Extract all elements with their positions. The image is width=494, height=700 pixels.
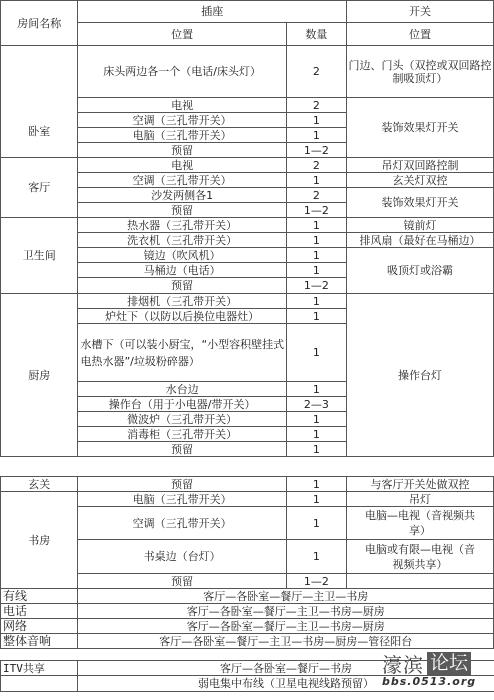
socket-position: 床头两边各一个（电话/床头灯） bbox=[78, 46, 286, 98]
socket-count: 1 bbox=[286, 540, 346, 574]
switch-position: 装饰效果灯开关 bbox=[347, 188, 494, 218]
socket-count: 2 bbox=[286, 158, 346, 173]
socket-count: 1 bbox=[286, 507, 346, 540]
header-room-name: 房间名称 bbox=[1, 1, 78, 46]
switch-position: 排风扇（最好在马桶边） bbox=[347, 233, 494, 248]
socket-count: 1 bbox=[286, 263, 346, 278]
header-switch: 开关 bbox=[347, 1, 494, 23]
watermark-url: bbs.0513.org bbox=[382, 675, 494, 688]
switch-position: 吊灯双回路控制 bbox=[347, 158, 494, 173]
socket-position: 书桌边（台灯） bbox=[78, 540, 286, 574]
watermark-name-b: 论坛 bbox=[427, 652, 471, 675]
socket-count: 1—2 bbox=[286, 278, 346, 294]
wiring-label: 电话 bbox=[1, 604, 78, 619]
room-study: 书房 bbox=[1, 492, 78, 589]
socket-position: 热水器（三孔带开关） bbox=[78, 218, 286, 233]
socket-count: 1 bbox=[286, 294, 346, 309]
wiring-label: 有线 bbox=[1, 589, 78, 604]
switch-position: 装饰效果灯开关 bbox=[347, 98, 494, 158]
extra-label: ITV共享 bbox=[1, 661, 78, 676]
socket-count: 2 bbox=[286, 188, 346, 203]
socket-position: 排烟机（三孔带开关） bbox=[78, 294, 286, 309]
socket-position: 炉灶下（以防以后换位电器灶） bbox=[78, 309, 286, 324]
socket-count: 1—2 bbox=[286, 574, 346, 589]
wiring-route: 客厅—各卧室—餐厅—主卫—书房—厨房 bbox=[78, 619, 494, 634]
extra-label bbox=[1, 676, 78, 692]
socket-position: 预留 bbox=[78, 203, 286, 218]
socket-position: 空调（三孔带开关） bbox=[78, 507, 286, 540]
switch-position bbox=[347, 574, 494, 589]
wiring-route: 客厅—各卧室—餐厅—主卫—书房 bbox=[78, 589, 494, 604]
socket-count: 1 bbox=[286, 427, 346, 442]
socket-position: 空调（三孔带开关） bbox=[78, 173, 286, 188]
forum-watermark: 濠滨 论坛 bbs.0513.org bbox=[382, 651, 494, 697]
entry-study-table: 玄关 预留 1 与客厅开关处做双控 书房 电脑（三孔带开关） 1 吊灯 空调（三… bbox=[0, 476, 494, 649]
socket-count: 1 bbox=[286, 218, 346, 233]
socket-count: 1 bbox=[286, 492, 346, 507]
socket-count: 1 bbox=[286, 324, 346, 382]
room-entry: 玄关 bbox=[1, 477, 78, 492]
room-kitchen: 厨房 bbox=[1, 294, 78, 457]
socket-count: 1 bbox=[286, 128, 346, 143]
switch-position: 电脑或有限—电视（音视频共享） bbox=[347, 540, 494, 574]
header-switch-position: 位置 bbox=[347, 23, 494, 46]
socket-position: 水台边 bbox=[78, 382, 286, 397]
switch-position: 操作台灯 bbox=[347, 294, 494, 457]
socket-position: 电脑（三孔带开关） bbox=[78, 128, 286, 143]
socket-count: 1 bbox=[286, 173, 346, 188]
socket-count: 1 bbox=[286, 309, 346, 324]
socket-count: 1 bbox=[286, 382, 346, 397]
socket-position: 水槽下（可以装小厨宝，“小型容积壁挂式电热水器”/垃圾粉碎器） bbox=[78, 324, 286, 382]
socket-count: 1 bbox=[286, 248, 346, 263]
socket-position: 马桶边（电话） bbox=[78, 263, 286, 278]
wiring-label: 网络 bbox=[1, 619, 78, 634]
socket-position: 预留 bbox=[78, 442, 286, 457]
socket-count: 1 bbox=[286, 412, 346, 427]
room-label: 卧室 bbox=[1, 125, 77, 138]
switch-position: 吊灯 bbox=[347, 492, 494, 507]
wiring-label: 整体音响 bbox=[1, 634, 78, 649]
socket-position: 电脑（三孔带开关） bbox=[78, 492, 286, 507]
socket-count: 1 bbox=[286, 113, 346, 128]
switch-position: 吸顶灯或浴霸 bbox=[347, 248, 494, 294]
socket-switch-table: 房间名称 插座 开关 位置 数量 位置 卧室 床头两边各一个（电话/床头灯） 2… bbox=[0, 0, 494, 457]
switch-position: 与客厅开关处做双控 bbox=[347, 477, 494, 492]
socket-count: 2 bbox=[286, 98, 346, 113]
socket-position: 电视 bbox=[78, 98, 286, 113]
header-position: 位置 bbox=[78, 23, 286, 46]
header-socket: 插座 bbox=[78, 1, 347, 23]
socket-count: 1 bbox=[286, 233, 346, 248]
socket-position: 洗衣机（三孔带开关） bbox=[78, 233, 286, 248]
socket-position: 电视 bbox=[78, 158, 286, 173]
switch-position: 玄关灯双控 bbox=[347, 173, 494, 188]
socket-count: 2 bbox=[286, 46, 346, 98]
socket-position: 预留 bbox=[78, 574, 286, 589]
socket-position: 空调（三孔带开关） bbox=[78, 113, 286, 128]
socket-position: 预留 bbox=[78, 477, 286, 492]
watermark-name-a: 濠滨 bbox=[382, 649, 424, 678]
switch-position: 电脑—电视（音视频共享） bbox=[347, 507, 494, 540]
switch-position: 镜前灯 bbox=[347, 218, 494, 233]
room-living: 客厅 bbox=[1, 158, 78, 218]
socket-count: 1 bbox=[286, 442, 346, 457]
socket-count: 1—2 bbox=[286, 203, 346, 218]
socket-count: 2—3 bbox=[286, 397, 346, 412]
socket-position: 操作台（用于小电器/带开关） bbox=[78, 397, 286, 412]
socket-position: 镜边（吹风机） bbox=[78, 248, 286, 263]
socket-count: 1—2 bbox=[286, 143, 346, 158]
socket-count: 1 bbox=[286, 477, 346, 492]
socket-position: 沙发两侧各1 bbox=[78, 188, 286, 203]
room-bedroom: 卧室 bbox=[1, 46, 78, 158]
header-count: 数量 bbox=[286, 23, 346, 46]
socket-position: 预留 bbox=[78, 143, 286, 158]
wiring-route: 客厅—各卧室—餐厅—主卫—书房—厨房—管径阳台 bbox=[78, 634, 494, 649]
wiring-route: 客厅—各卧室—餐厅—主卫—书房—厨房 bbox=[78, 604, 494, 619]
socket-position: 微波炉（三孔带开关） bbox=[78, 412, 286, 427]
switch-position: 门边、门头（双控或双回路控制吸顶灯） bbox=[347, 46, 494, 98]
socket-position: 消毒柜（三孔带开关） bbox=[78, 427, 286, 442]
socket-position: 预留 bbox=[78, 278, 286, 294]
room-bathroom: 卫生间 bbox=[1, 218, 78, 294]
